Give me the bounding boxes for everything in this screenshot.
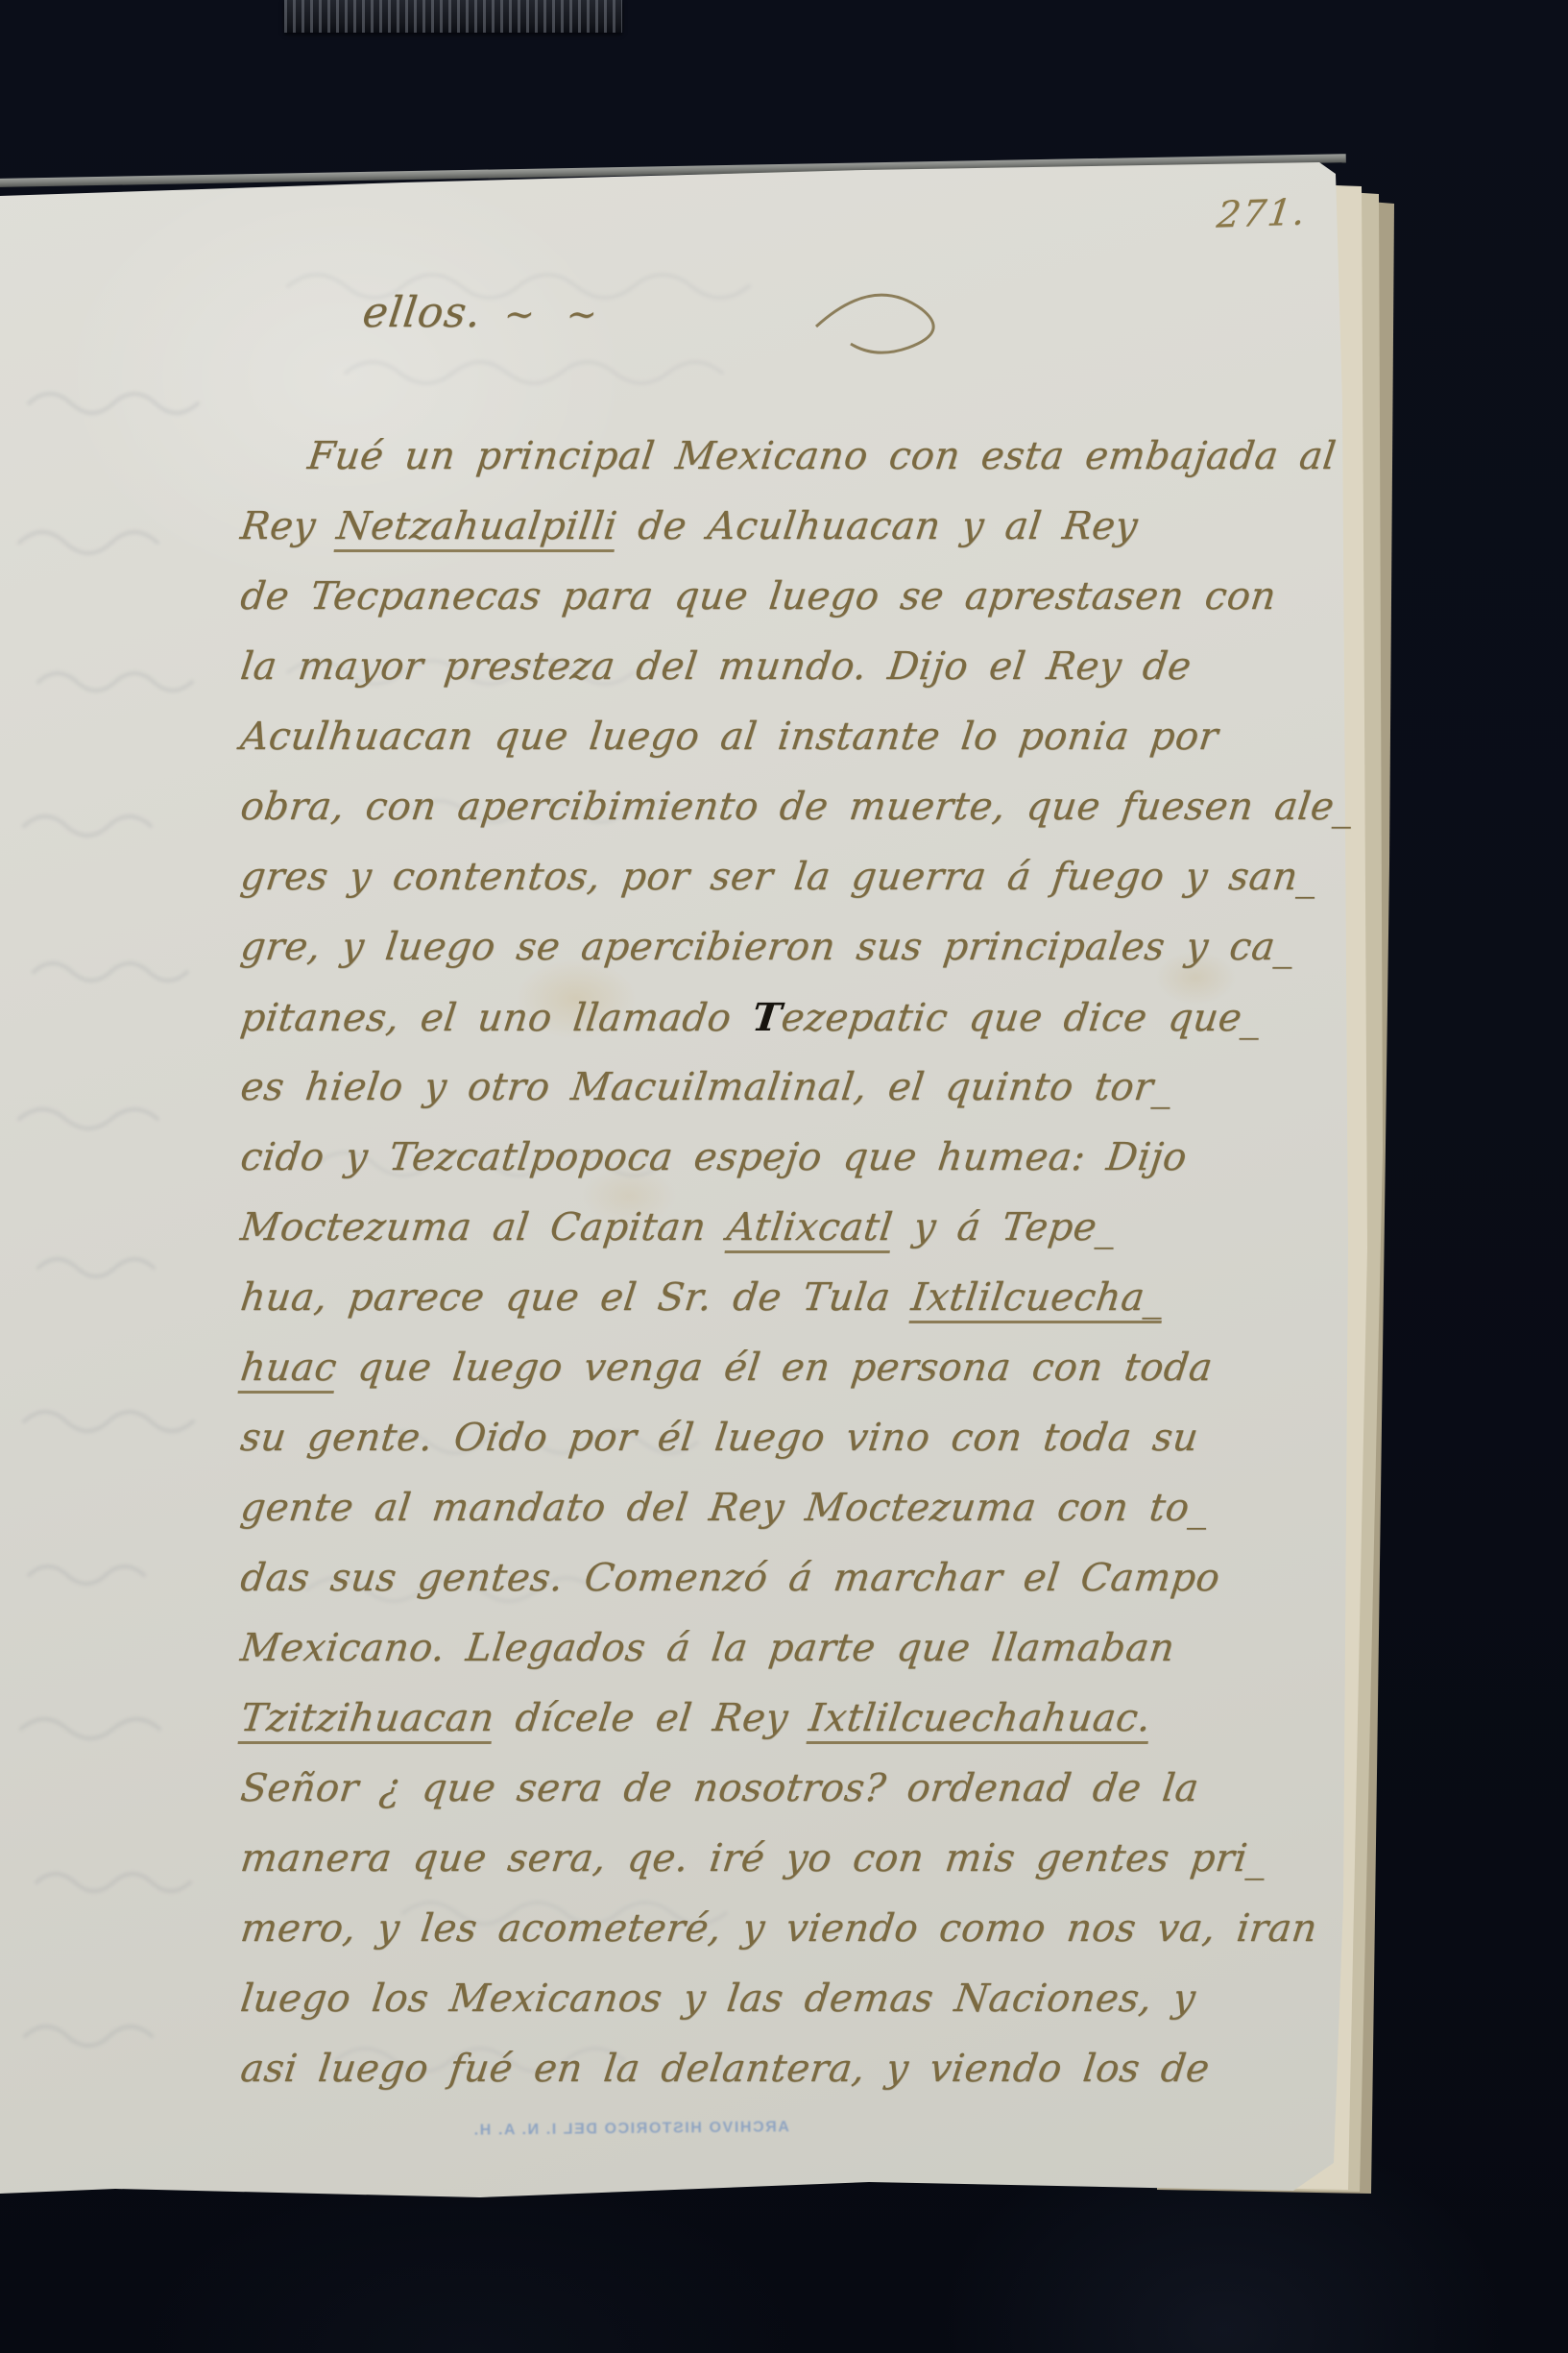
text-segment: Rey [238,504,340,548]
underlined-word: Atlixcatl [724,1205,895,1253]
manuscript-line: obra, con apercibimiento de muerte, que … [238,785,1357,829]
underlined-word: Ixtlilcuechahuac. [807,1696,1154,1744]
page-number: 271. [1215,190,1309,235]
text-segment: pitanes, el uno llamado [238,996,755,1040]
manuscript-line: la mayor presteza del mundo. Dijo el Rey… [238,644,1194,689]
text-segment: gre, y luego se apercibieron sus princip… [238,925,1297,969]
archive-stamp: ARCHIVO HISTORICO DEL I. N. A. H. [492,2111,770,2147]
manuscript-line: Moctezuma al Capitan Atlixcatl y á Tepe_ [238,1205,1119,1249]
section-heading: ellos. ~ ~ [360,288,606,337]
manuscript-line: Mexicano. Llegados á la parte que llamab… [238,1626,1177,1670]
manuscript-line: das sus gentes. Comenzó á marchar el Cam… [238,1556,1222,1600]
text-segment: y á Tepe_ [890,1205,1120,1249]
photo-of-manuscript-page: 271. ellos. ~ ~ Fué un principal Mexican… [0,0,1568,2353]
text-segment: que luego venga él en persona con toda [334,1346,1216,1390]
text-segment: gente al mandato del Rey Moctezuma con t… [238,1486,1212,1530]
manuscript-line: pitanes, el uno llamado Tezepatic que di… [238,995,1265,1040]
text-segment: manera que sera, qe. iré yo con mis gent… [238,1836,1269,1880]
manuscript-line: gres y contentos, por ser la guerra á fu… [238,855,1320,899]
underlined-word: Tzitzihuacan [238,1696,497,1744]
text-segment: de Aculhuacan y al Rey [615,504,1141,548]
manuscript-line: Rey Netzahualpilli de Aculhuacan y al Re… [238,504,1141,548]
underlined-word: Ixtlilcuecha_ [908,1275,1167,1323]
manuscript-line: su gente. Oido por él luego vino con tod… [238,1416,1201,1460]
manuscript-line: huac que luego venga él en persona con t… [238,1346,1215,1390]
text-segment: Mexicano. Llegados á la parte que llamab… [238,1626,1177,1670]
text-segment: de Tecpanecas para que luego se aprestas… [238,574,1279,619]
text-segment: la mayor presteza del mundo. Dijo el Rey… [238,644,1194,689]
underlined-word: huac [238,1346,340,1394]
manuscript-line: Señor ¿ que sera de nosotros? ordenad de… [238,1766,1201,1810]
heading-text: ellos. [360,288,485,337]
text-segment: gres y contentos, por ser la guerra á fu… [238,855,1320,899]
text-segment: dícele el Rey [492,1696,812,1740]
manuscript-line: Fué un principal Mexicano con esta embaj… [305,434,1339,478]
manuscript-line: mero, y les acometeré, y viendo como nos… [238,1906,1320,1951]
manuscript-line: gente al mandato del Rey Moctezuma con t… [238,1486,1212,1530]
manuscript-line: Tzitzihuacan dícele el Rey Ixtlilcuechah… [238,1696,1153,1740]
text-segment: luego los Mexicanos y las demas Naciones… [238,1977,1198,2021]
text-segment: mero, y les acometeré, y viendo como nos… [238,1906,1320,1951]
text-segment: Fué un principal Mexicano con esta embaj… [305,434,1339,478]
manuscript-line: luego los Mexicanos y las demas Naciones… [238,1977,1198,2021]
manuscript-line: manera que sera, qe. iré yo con mis gent… [238,1836,1269,1880]
underlined-word: Netzahualpilli [334,504,620,552]
text-segment: Señor ¿ que sera de nosotros? ordenad de… [238,1766,1201,1810]
text-segment: asi luego fué en la delantera, y viendo … [238,2047,1212,2091]
text-segment: obra, con apercibimiento de muerte, que … [238,785,1357,829]
manuscript-line: cido y Tezcatlpopoca espejo que humea: D… [238,1135,1190,1179]
manuscript-line: Aculhuacan que luego al instante lo poni… [238,715,1220,759]
heading-flourish: ~ ~ [501,293,605,335]
manuscript-line: gre, y luego se apercibieron sus princip… [238,925,1297,969]
text-segment: cido y Tezcatlpopoca espejo que humea: D… [238,1135,1190,1179]
text-segment: es hielo y otro Macuilmalinal, el quinto… [238,1065,1175,1109]
text-segment: das sus gentes. Comenzó á marchar el Cam… [238,1556,1222,1600]
text-segment: Aculhuacan que luego al instante lo poni… [238,715,1220,759]
manuscript-line: es hielo y otro Macuilmalinal, el quinto… [238,1065,1175,1109]
text-segment: Moctezuma al Capitan [238,1205,730,1249]
manuscript-line: asi luego fué en la delantera, y viendo … [238,2047,1212,2091]
text-segment: ezepatic que dice que_ [779,996,1264,1040]
text-segment: hua, parece que el Sr. de Tula [238,1275,914,1320]
manuscript-line: de Tecpanecas para que luego se aprestas… [238,574,1279,619]
manuscript-line: hua, parece que el Sr. de Tula Ixtlilcue… [238,1275,1167,1320]
text-segment: su gente. Oido por él luego vino con tod… [238,1416,1201,1460]
